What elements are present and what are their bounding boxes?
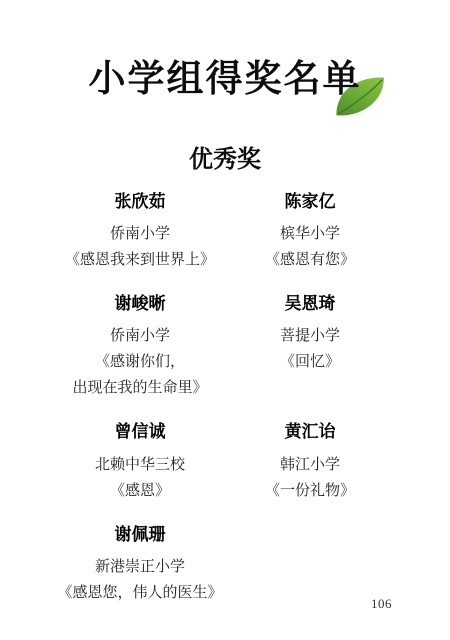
- awardee-entry: 谢峻晰 侨南小学 《感谢你们， 出现在我的生命里》: [55, 293, 225, 401]
- awardee-name: 谢峻晰: [55, 293, 225, 314]
- awardee-school: 新港崇正小学: [55, 554, 225, 580]
- awardee-entry: 陈家亿 槟华小学 《感恩有您》: [225, 191, 395, 273]
- awardee-entry: 张欣茹 侨南小学 《感恩我来到世界上》: [55, 191, 225, 273]
- awardee-work-title: 《感恩》: [55, 478, 225, 504]
- awardee-school: 槟华小学: [225, 221, 395, 247]
- page-title: 小学组得奖名单: [89, 58, 362, 102]
- awardee-work-title: 《感恩有您》: [225, 247, 395, 273]
- awardee-school: 侨南小学: [55, 221, 225, 247]
- awardee-work-title: 《一份礼物》: [225, 478, 395, 504]
- awardee-name: 黄汇诒: [225, 421, 395, 442]
- awardee-work-title: 《感恩您，伟人的医生》: [55, 580, 225, 606]
- awardee-entry: 吴恩琦 菩提小学 《回忆》: [225, 293, 395, 375]
- awardee-name: 陈家亿: [225, 191, 395, 212]
- awardee-school: 韩江小学: [225, 452, 395, 478]
- page-title-inner: 小学组得奖名单: [89, 58, 362, 102]
- awardee-entry: 谢佩珊 新港崇正小学 《感恩您，伟人的医生》: [55, 524, 225, 606]
- awardee-school: 北赖中华三校: [55, 452, 225, 478]
- awardee-work-title: 《回忆》: [225, 349, 395, 375]
- page-title-wrap: 小学组得奖名单: [0, 58, 450, 120]
- awardee-work-title-line2: 出现在我的生命里》: [55, 375, 225, 401]
- awardee-work-title: 《感恩我来到世界上》: [55, 247, 225, 273]
- award-list-page: 小学组得奖名单 优秀奖 张欣茹 侨南小学 《感恩我来到世界上》 陈家亿 槟华小学…: [0, 0, 450, 640]
- awardee-name: 谢佩珊: [55, 524, 225, 545]
- page-number: 106: [371, 596, 392, 612]
- awardee-name: 曾信诚: [55, 421, 225, 442]
- awardee-name: 张欣茹: [55, 191, 225, 212]
- awardee-entry: 黄汇诒 韩江小学 《一份礼物》: [225, 421, 395, 503]
- awardee-school: 菩提小学: [225, 323, 395, 349]
- awardee-name: 吴恩琦: [225, 293, 395, 314]
- awardee-school: 侨南小学: [55, 323, 225, 349]
- section-title: 优秀奖: [0, 146, 450, 175]
- awardee-entry: 曾信诚 北赖中华三校 《感恩》: [55, 421, 225, 503]
- awardee-work-title: 《感谢你们，: [55, 349, 225, 375]
- awardee-grid: 张欣茹 侨南小学 《感恩我来到世界上》 陈家亿 槟华小学 《感恩有您》 谢峻晰 …: [55, 191, 395, 606]
